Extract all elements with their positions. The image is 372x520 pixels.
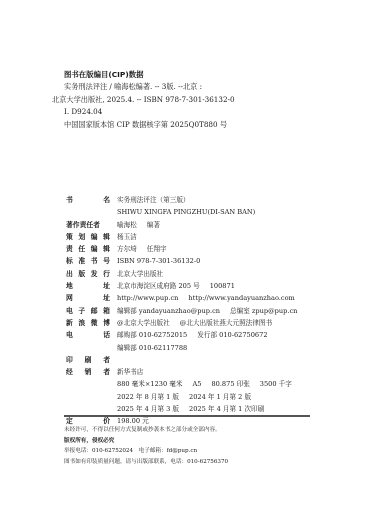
colophon-row: 电子邮箱编辑部 yandayuanzhao@pup.cn总编室 zpup@pup… [66, 305, 336, 317]
colophon-value: ISBN 978-7-301-36132-0 [117, 255, 336, 267]
colophon-label: 电子邮箱 [66, 305, 117, 317]
colophon-row: 书名实务刑法评注（第三版） [66, 194, 336, 206]
cip-title: 图书在版编目(CIP)数据 [64, 69, 334, 81]
colophon-label: 电话 [66, 329, 117, 341]
colophon-label: 印刷者 [66, 354, 117, 366]
colophon-label: 策划编辑 [66, 231, 117, 243]
colophon-row: .880 毫米×1230 毫米A580.875 印张3500 千字 [66, 378, 336, 390]
copyright-footer: 未经许可，不得以任何方式复制或抄袭本书之部分或全部内容。 版权所有，侵权必究 举… [64, 425, 324, 467]
colophon-label: 新浪微博 [66, 317, 117, 329]
colophon-row: .SHIWU XINGFA PINGZHU(DI-SAN BAN) [66, 206, 336, 218]
colophon-label: 经销者 [66, 366, 117, 378]
colophon-value: 杨玉洁 [117, 231, 336, 243]
colophon-table: 书名实务刑法评注（第三版）.SHIWU XINGFA PINGZHU(DI-SA… [66, 194, 336, 428]
colophon-row: 电话邮购部 010-62752015发行部 010-62750672 [66, 329, 336, 341]
colophon-row: 责任编辑方尔埼任翔宇 [66, 243, 336, 255]
colophon-label: 著作责任者 [66, 219, 117, 231]
colophon-value: @北京大学出版社@北大出版社燕大元照法律图书 [117, 317, 336, 329]
colophon-label: 责任编辑 [66, 243, 117, 255]
colophon-value: 方尔埼任翔宇 [117, 243, 336, 255]
colophon-value: 北京大学出版社 [117, 268, 336, 280]
rights-reserved: 版权所有，侵权必究 [64, 436, 324, 447]
report-contact: 举报电话：010-62752024 电子邮箱：fd@pup.cn [64, 446, 324, 457]
colophon-label: 地址 [66, 280, 117, 292]
colophon-label: 书名 [66, 194, 117, 206]
cip-line-3: Ⅰ. D924.04 [64, 106, 334, 118]
colophon-value: 喻海松编著 [117, 219, 336, 231]
cip-data-block: 图书在版编目(CIP)数据 实务刑法评注 / 喻海松编著. -- 3版. --北… [64, 69, 334, 131]
colophon-row: 标准书号ISBN 978-7-301-36132-0 [66, 255, 336, 267]
colophon-value: 编辑部 010-62117788 [117, 342, 336, 354]
colophon-value: 实务刑法评注（第三版） [117, 194, 336, 206]
colophon-row: 出版发行北京大学出版社 [66, 268, 336, 280]
colophon-value: 2025 年 4 月第 3 版2025 年 4 月第 1 次印刷 [117, 403, 336, 415]
colophon-value: http://www.pup.cnhttp://www.yandayuanzha… [117, 292, 336, 304]
colophon-value: SHIWU XINGFA PINGZHU(DI-SAN BAN) [117, 206, 336, 218]
colophon-row: 印刷者 [66, 354, 336, 366]
colophon-value: 新华书店 [117, 366, 336, 378]
colophon-row: 经销者新华书店 [66, 366, 336, 378]
colophon-value: 编辑部 yandayuanzhao@pup.cn总编室 zpup@pup.cn [117, 305, 336, 317]
cip-line-2: 北京大学出版社, 2025.4. -- ISBN 978-7-301-36132… [52, 94, 334, 106]
colophon-row: 新浪微博@北京大学出版社@北大出版社燕大元照法律图书 [66, 317, 336, 329]
colophon-row: 网址http://www.pup.cnhttp://www.yandayuanz… [66, 292, 336, 304]
colophon-value: 邮购部 010-62752015发行部 010-62750672 [117, 329, 336, 341]
quality-contact: 图书如有印装质量问题，请与出版部联系，电话：010-62756370 [64, 457, 324, 468]
colophon-value: 北京市海淀区成府路 205 号100871 [117, 280, 336, 292]
colophon-row: 著作责任者喻海松编著 [66, 219, 336, 231]
colophon-row: 策划编辑杨玉洁 [66, 231, 336, 243]
colophon-value: 880 毫米×1230 毫米A580.875 印张3500 千字 [117, 378, 336, 390]
colophon-row: .编辑部 010-62117788 [66, 342, 336, 354]
copyright-notice: 未经许可，不得以任何方式复制或抄袭本书之部分或全部内容。 [64, 425, 324, 436]
colophon-row: 地址北京市海淀区成府路 205 号100871 [66, 280, 336, 292]
colophon-label: 出版发行 [66, 268, 117, 280]
colophon-row: .2025 年 4 月第 3 版2025 年 4 月第 1 次印刷 [66, 403, 336, 415]
cip-line-4: 中国国家版本馆 CIP 数据核字第 2025Q0T880 号 [64, 119, 334, 131]
colophon-row: .2022 年 8 月第 1 版2024 年 1 月第 2 版 [66, 391, 336, 403]
cip-line-1: 实务刑法评注 / 喻海松编著. -- 3版. --北京 : [64, 81, 334, 93]
divider [64, 415, 310, 417]
colophon-label: 标准书号 [66, 255, 117, 267]
colophon-value: 2022 年 8 月第 1 版2024 年 1 月第 2 版 [117, 391, 336, 403]
colophon-label: 网址 [66, 292, 117, 304]
